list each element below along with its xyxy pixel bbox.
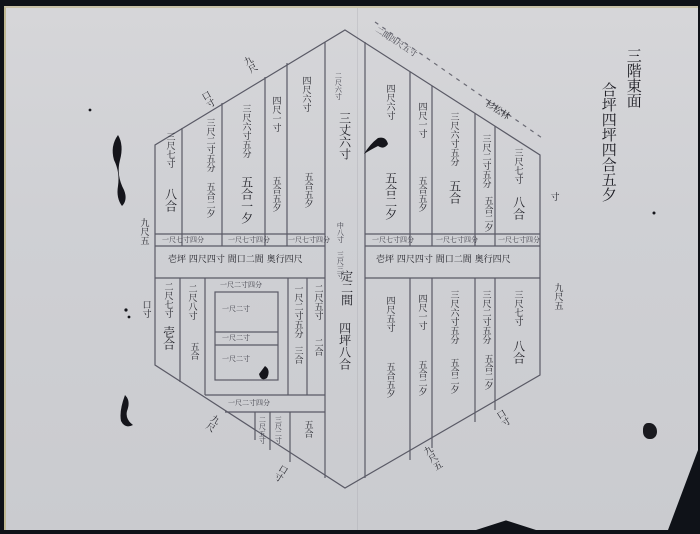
- document-title: 三階東面: [625, 48, 641, 108]
- cell-width: 三尺六寸五分: [448, 112, 457, 166]
- center-area: 四坪八合: [338, 322, 351, 370]
- cell-area: 五合二夕: [448, 358, 457, 394]
- cell-width: 一尺二寸五分: [292, 284, 301, 338]
- cell-area: 八合: [512, 340, 525, 364]
- cell-area: 五合二夕: [204, 182, 213, 218]
- cell-area: 五合五夕: [270, 176, 279, 212]
- side-label: 口寸: [140, 300, 149, 318]
- side-label: 九尺五: [138, 218, 147, 245]
- bottom-strip-text: 五合: [302, 420, 311, 438]
- cell-width: 三尺七寸: [512, 290, 521, 326]
- cell-width: 四尺一寸: [270, 96, 279, 132]
- cell-area: 壱合: [162, 326, 175, 350]
- bottom-strip-text: 二尺五寸: [258, 416, 265, 444]
- cell-width: 三尺六寸五分: [448, 290, 457, 344]
- cell-area: 八合: [512, 196, 525, 220]
- base-measure: 一尺七寸四分: [162, 237, 204, 244]
- cell-area: 五合二夕: [482, 196, 491, 232]
- middle-band-left: 壱坪 四尺四寸 間口二間 奥行四尺: [168, 256, 303, 265]
- cell-area: 二合: [312, 338, 321, 356]
- cell-area: 五合五夕: [302, 172, 311, 208]
- bottom-strip-text: 三尺二寸: [274, 416, 281, 444]
- cell-width: 三尺二寸五分: [204, 118, 213, 172]
- cell-width: 三尺七寸: [164, 132, 173, 168]
- inner-box-top: 一尺二寸四分: [220, 282, 262, 289]
- cell-area: 八合: [164, 188, 177, 212]
- inner-box-row: 一尺二寸: [222, 335, 250, 342]
- bottom-strip-text: 一尺二寸四分: [228, 400, 270, 407]
- base-measure: 一尺七寸四分: [498, 237, 540, 244]
- base-measure: 一尺七寸四分: [372, 237, 414, 244]
- cell-width: 二尺七寸: [162, 282, 171, 318]
- ink-stain: [113, 135, 126, 206]
- cell-area: 五合二夕: [384, 172, 397, 220]
- cell-area: 五合五夕: [384, 362, 393, 398]
- base-measure: 一尺七寸四分: [436, 237, 478, 244]
- middle-band-right: 壱坪 四尺四寸 間口二間 奥行四尺: [376, 256, 511, 265]
- cell-area: 五合一夕: [240, 176, 253, 224]
- cell-width: 三尺二寸五分: [480, 290, 489, 344]
- cell-width: 三尺六寸五分: [240, 104, 249, 158]
- cell-width: 四尺五寸: [384, 296, 393, 332]
- side-label: 九尺五: [552, 283, 561, 310]
- base-measure: 一尺七寸四分: [288, 237, 330, 244]
- cell-width: 三尺七寸: [512, 148, 521, 184]
- inner-box-row: 一尺二寸: [222, 356, 250, 363]
- cell-width: 二尺八寸: [186, 284, 195, 320]
- cell-width: 四尺六寸: [300, 76, 309, 112]
- cell-area: 五合: [448, 180, 461, 204]
- total-area: 合坪四坪四合五夕: [600, 82, 616, 202]
- survey-diagram: [0, 0, 700, 534]
- cell-width: 四尺一寸: [416, 102, 425, 138]
- cell-area: 三合: [292, 346, 301, 364]
- cell-width: 三尺二寸五分: [480, 134, 489, 188]
- cell-area: 五合二夕: [416, 360, 425, 396]
- cell-area: 五合: [188, 342, 197, 360]
- base-measure: 一尺七寸四分: [228, 237, 270, 244]
- cell-area: 五合五夕: [416, 176, 425, 212]
- center-value: 三丈六寸: [338, 112, 351, 160]
- cell-width: 二尺五寸: [312, 284, 321, 320]
- inner-box-row: 一尺二寸: [222, 306, 250, 313]
- cell-width: 四尺一寸: [416, 294, 425, 330]
- center-note: 二尺六寸: [334, 72, 341, 100]
- cell-width: 四尺六寸: [384, 84, 393, 120]
- cell-area: 五合二夕: [482, 354, 491, 390]
- side-label: 寸: [548, 192, 557, 201]
- center-value: 定二間: [340, 270, 353, 306]
